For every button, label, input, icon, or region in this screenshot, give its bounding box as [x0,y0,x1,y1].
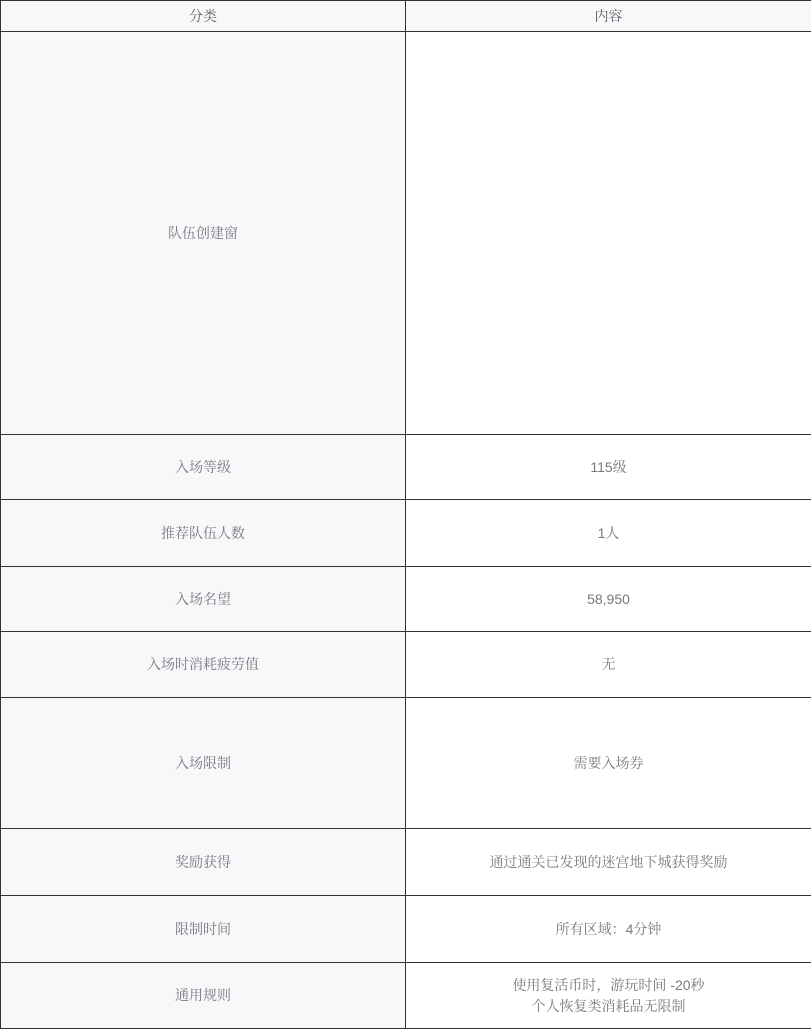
category-cell: 队伍创建窗 [1,32,406,435]
category-cell: 推荐队伍人数 [1,500,406,567]
content-cell [406,32,811,435]
category-cell: 入场名望 [1,567,406,632]
content-cell: 所有区域：4分钟 [406,896,811,963]
category-cell: 入场等级 [1,435,406,500]
table-row: 通用规则 使用复活币时，游玩时间 -20秒 个人恢复类消耗品无限制 [1,963,811,1029]
content-cell: 58,950 [406,567,811,632]
header-category: 分类 [1,1,406,32]
content-cell: 通过通关已发现的迷宫地下城获得奖励 [406,829,811,896]
table-row: 限制时间 所有区域：4分钟 [1,896,811,963]
table-row: 入场等级 115级 [1,435,811,500]
header-content: 内容 [406,1,811,32]
content-cell: 需要入场券 [406,698,811,829]
category-cell: 奖励获得 [1,829,406,896]
category-cell: 限制时间 [1,896,406,963]
table-row: 队伍创建窗 [1,32,811,435]
table-row: 奖励获得 通过通关已发现的迷宫地下城获得奖励 [1,829,811,896]
content-cell: 1人 [406,500,811,567]
content-cell: 无 [406,632,811,698]
table-row: 入场名望 58,950 [1,567,811,632]
content-cell: 115级 [406,435,811,500]
table-row: 推荐队伍人数 1人 [1,500,811,567]
dungeon-info-table: 分类 内容 队伍创建窗 入场等级 115级 推荐队伍人数 1人 入场名望 58,… [0,0,811,1029]
table-row: 入场时消耗疲劳值 无 [1,632,811,698]
category-cell: 入场限制 [1,698,406,829]
content-cell: 使用复活币时，游玩时间 -20秒 个人恢复类消耗品无限制 [406,963,811,1029]
category-cell: 入场时消耗疲劳值 [1,632,406,698]
table-row: 入场限制 需要入场券 [1,698,811,829]
header-row: 分类 内容 [1,1,811,32]
category-cell: 通用规则 [1,963,406,1029]
